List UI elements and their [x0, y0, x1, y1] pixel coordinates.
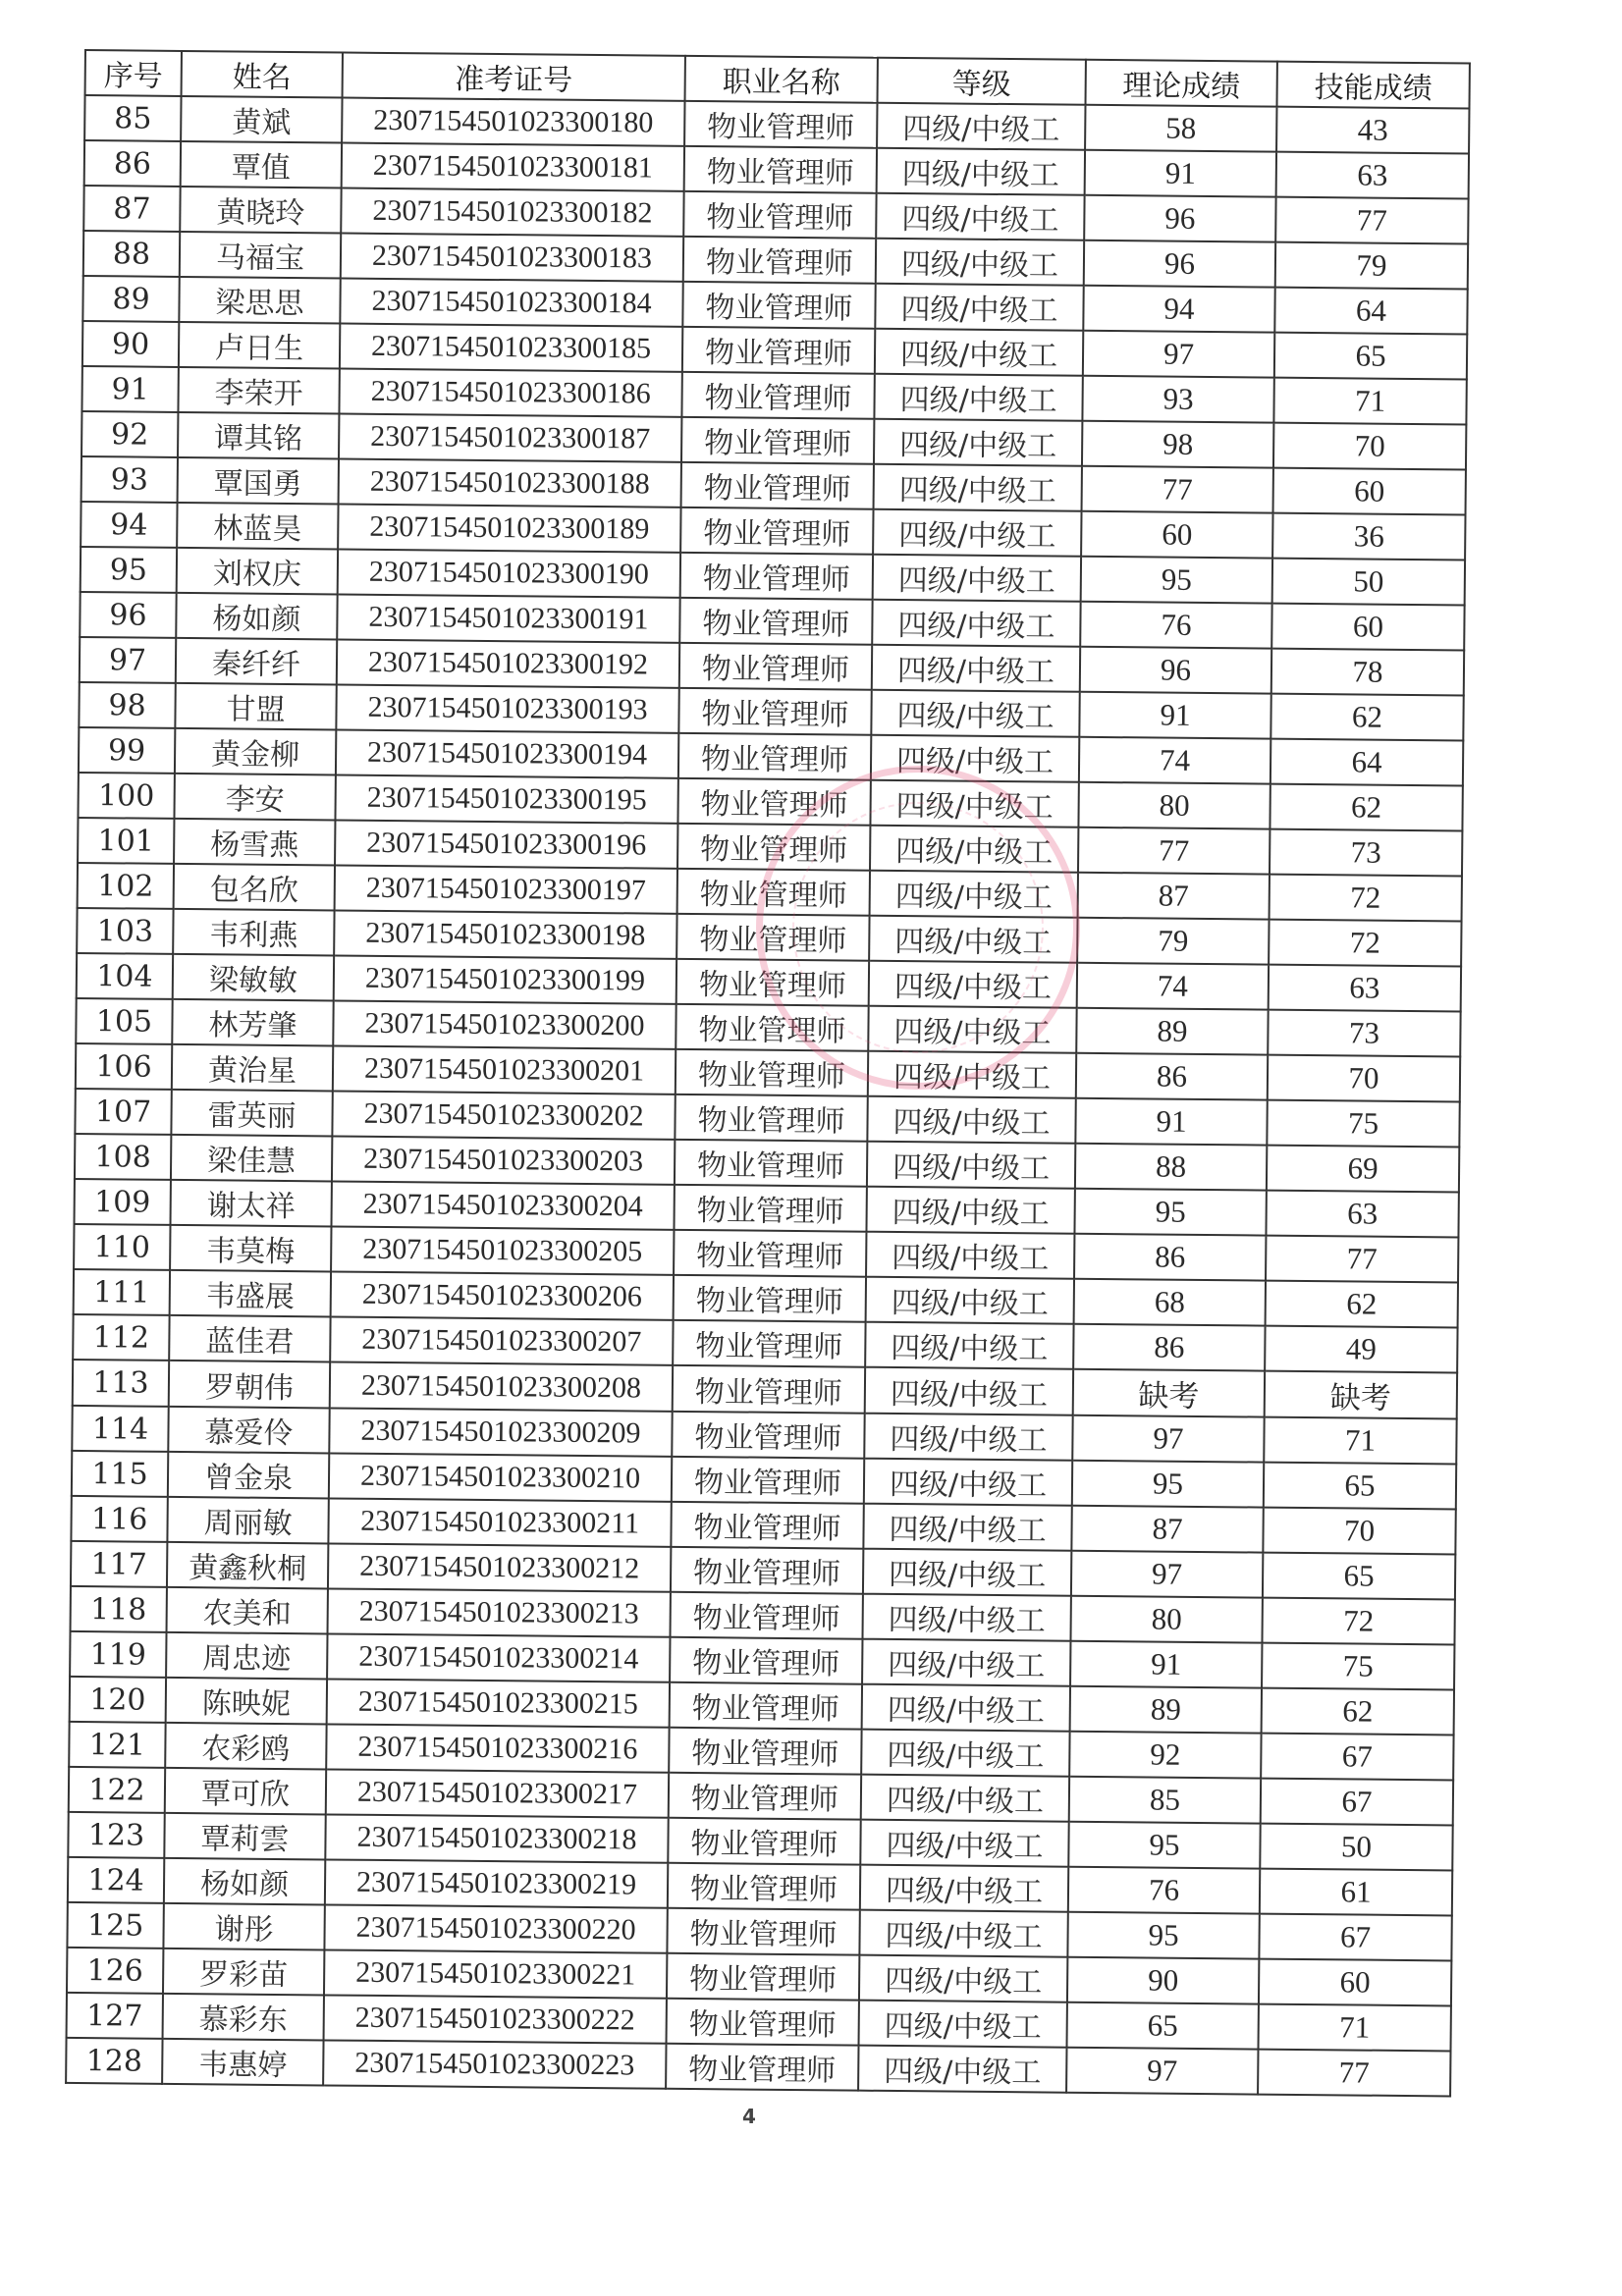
row-skill-score: 65 — [1263, 1553, 1455, 1600]
row-name: 覃国勇 — [178, 457, 339, 505]
score-table-wrapper: 序号 姓名 准考证号 职业名称 等级 理论成绩 技能成绩 85黄斌2307154… — [65, 49, 1469, 2097]
row-level: 四级/中级工 — [874, 419, 1082, 466]
row-skill-score: 50 — [1272, 559, 1465, 606]
row-level: 四级/中级工 — [860, 1820, 1068, 1867]
row-admission-ticket-number: 2307154501023300219 — [325, 1859, 668, 1907]
row-theory-score: 60 — [1081, 511, 1272, 559]
row-level: 四级/中级工 — [861, 1730, 1069, 1777]
row-level: 四级/中级工 — [876, 239, 1084, 286]
row-theory-score: 98 — [1082, 421, 1273, 468]
row-name: 秦纤纤 — [176, 638, 337, 685]
row-admission-ticket-number: 2307154501023300210 — [329, 1453, 672, 1501]
row-occupation: 物业管理师 — [666, 2044, 858, 2091]
row-occupation: 物业管理师 — [669, 1728, 861, 1775]
row-skill-score: 65 — [1264, 1463, 1456, 1510]
row-name: 谢彤 — [163, 1903, 324, 1950]
row-name: 曾金泉 — [168, 1452, 329, 1499]
row-name: 韦惠婷 — [162, 2039, 323, 2086]
row-serial-number: 119 — [70, 1631, 166, 1678]
row-level: 四级/中级工 — [864, 1414, 1072, 1461]
row-admission-ticket-number: 2307154501023300188 — [339, 459, 681, 507]
row-occupation: 物业管理师 — [680, 553, 873, 600]
row-skill-score: 63 — [1276, 152, 1469, 199]
row-serial-number: 107 — [75, 1089, 171, 1135]
row-name: 韦利燕 — [173, 909, 334, 956]
row-name: 谭其铭 — [178, 412, 339, 459]
row-admission-ticket-number: 2307154501023300212 — [328, 1543, 671, 1591]
row-name: 慕爱伶 — [168, 1407, 329, 1454]
row-name: 马福宝 — [180, 232, 341, 279]
row-theory-score: 97 — [1071, 1551, 1263, 1598]
row-name: 慕彩东 — [163, 1994, 324, 2041]
row-skill-score: 36 — [1272, 513, 1465, 561]
row-level: 四级/中级工 — [867, 1096, 1075, 1144]
row-level: 四级/中级工 — [865, 1367, 1073, 1415]
row-admission-ticket-number: 2307154501023300201 — [333, 1045, 676, 1094]
row-admission-ticket-number: 2307154501023300197 — [335, 865, 677, 913]
row-admission-ticket-number: 2307154501023300211 — [328, 1498, 671, 1546]
row-serial-number: 116 — [71, 1496, 167, 1542]
row-theory-score: 95 — [1074, 1189, 1266, 1236]
row-serial-number: 117 — [71, 1541, 167, 1587]
row-name: 黄晓玲 — [180, 187, 341, 234]
row-name: 林蓝昊 — [177, 503, 338, 550]
row-serial-number: 120 — [70, 1677, 166, 1723]
row-skill-score: 78 — [1271, 649, 1464, 696]
row-admission-ticket-number: 2307154501023300213 — [328, 1588, 671, 1636]
row-skill-score: 75 — [1267, 1100, 1459, 1148]
row-occupation: 物业管理师 — [681, 462, 874, 509]
row-admission-ticket-number: 2307154501023300195 — [335, 774, 677, 823]
row-occupation: 物业管理师 — [670, 1682, 862, 1730]
row-name: 农美和 — [167, 1587, 328, 1634]
row-occupation: 物业管理师 — [675, 1140, 867, 1187]
row-occupation: 物业管理师 — [684, 146, 877, 193]
row-level: 四级/中级工 — [871, 735, 1079, 782]
row-serial-number: 111 — [74, 1269, 170, 1315]
row-name: 农彩鸥 — [165, 1723, 326, 1770]
row-serial-number: 112 — [73, 1314, 169, 1361]
row-name: 罗朝伟 — [169, 1361, 330, 1409]
row-admission-ticket-number: 2307154501023300183 — [341, 234, 683, 282]
row-theory-score: 74 — [1079, 737, 1271, 784]
row-theory-score: 79 — [1077, 918, 1269, 965]
header-level: 等级 — [878, 58, 1086, 105]
row-occupation: 物业管理师 — [671, 1547, 863, 1594]
row-admission-ticket-number: 2307154501023300187 — [339, 414, 681, 462]
row-theory-score: 91 — [1070, 1641, 1262, 1688]
row-admission-ticket-number: 2307154501023300207 — [330, 1316, 673, 1364]
row-name: 韦盛展 — [170, 1270, 331, 1317]
row-admission-ticket-number: 2307154501023300199 — [334, 955, 676, 1003]
row-name: 包名欣 — [174, 864, 335, 911]
row-admission-ticket-number: 2307154501023300181 — [342, 143, 684, 191]
row-skill-score: 70 — [1263, 1508, 1455, 1555]
row-theory-score: 91 — [1075, 1098, 1267, 1146]
table-body: 85黄斌2307154501023300180物业管理师四级/中级工584386… — [66, 95, 1469, 2096]
row-serial-number: 100 — [78, 773, 174, 819]
row-occupation: 物业管理师 — [669, 1773, 861, 1820]
row-name: 周忠迹 — [166, 1632, 327, 1680]
row-name: 蓝佳君 — [169, 1315, 330, 1362]
row-level: 四级/中级工 — [862, 1684, 1070, 1732]
row-theory-score: 97 — [1072, 1415, 1264, 1463]
row-serial-number: 90 — [82, 321, 179, 367]
row-theory-score: 77 — [1078, 828, 1270, 875]
row-occupation: 物业管理师 — [670, 1637, 862, 1684]
row-admission-ticket-number: 2307154501023300185 — [340, 324, 682, 372]
row-name: 杨雪燕 — [174, 819, 335, 866]
row-occupation: 物业管理师 — [673, 1365, 865, 1414]
row-serial-number: 109 — [75, 1179, 171, 1225]
row-occupation: 物业管理师 — [681, 417, 874, 464]
row-theory-score: 89 — [1076, 1008, 1268, 1055]
row-serial-number: 94 — [81, 502, 177, 548]
row-level: 四级/中级工 — [874, 464, 1082, 511]
row-skill-score: 77 — [1266, 1236, 1458, 1283]
header-serial-number: 序号 — [85, 50, 182, 96]
row-theory-score: 77 — [1082, 466, 1273, 513]
row-occupation: 物业管理师 — [670, 1592, 862, 1639]
row-serial-number: 96 — [80, 592, 176, 638]
row-skill-score: 72 — [1270, 875, 1462, 922]
row-serial-number: 125 — [67, 1902, 163, 1949]
row-skill-score: 50 — [1260, 1824, 1452, 1871]
row-admission-ticket-number: 2307154501023300180 — [342, 98, 684, 146]
row-admission-ticket-number: 2307154501023300208 — [330, 1362, 673, 1411]
row-skill-score: 77 — [1275, 197, 1468, 244]
row-theory-score: 76 — [1068, 1867, 1260, 1914]
row-theory-score: 58 — [1085, 105, 1276, 152]
row-occupation: 物业管理师 — [667, 1999, 859, 2046]
row-serial-number: 103 — [77, 908, 173, 954]
row-skill-score: 62 — [1271, 694, 1463, 741]
page-number: 4 — [742, 2105, 756, 2128]
row-skill-score: 60 — [1271, 604, 1464, 651]
row-serial-number: 87 — [83, 186, 180, 232]
row-occupation: 物业管理师 — [677, 778, 870, 826]
row-level: 四级/中级工 — [859, 2001, 1067, 2048]
row-skill-score: 61 — [1260, 1869, 1452, 1916]
row-skill-score: 71 — [1273, 378, 1466, 425]
row-name: 黄金柳 — [175, 728, 336, 775]
row-theory-score: 95 — [1068, 1822, 1260, 1869]
row-serial-number: 93 — [81, 456, 178, 503]
row-admission-ticket-number: 2307154501023300191 — [337, 594, 679, 642]
row-level: 四级/中级工 — [876, 193, 1084, 240]
row-occupation: 物业管理师 — [682, 327, 875, 374]
row-skill-score: 69 — [1267, 1146, 1459, 1193]
row-serial-number: 128 — [66, 2038, 162, 2084]
row-serial-number: 114 — [72, 1406, 168, 1452]
row-level: 四级/中级工 — [865, 1322, 1073, 1369]
row-theory-score: 90 — [1067, 1957, 1259, 2004]
row-level: 四级/中级工 — [867, 1142, 1075, 1189]
row-occupation: 物业管理师 — [676, 914, 869, 961]
row-occupation: 物业管理师 — [677, 869, 870, 916]
row-serial-number: 126 — [67, 1948, 163, 1994]
row-level: 四级/中级工 — [875, 284, 1083, 331]
row-level: 四级/中级工 — [868, 1051, 1076, 1098]
row-name: 雷英丽 — [171, 1090, 332, 1137]
row-level: 四级/中级工 — [875, 329, 1083, 376]
row-level: 四级/中级工 — [872, 600, 1080, 647]
row-name: 黄治星 — [172, 1044, 333, 1092]
row-theory-score: 96 — [1080, 647, 1271, 694]
row-theory-score: 86 — [1076, 1053, 1268, 1100]
row-level: 四级/中级工 — [877, 103, 1085, 150]
row-admission-ticket-number: 2307154501023300194 — [336, 729, 678, 777]
row-theory-score: 80 — [1078, 782, 1270, 829]
row-serial-number: 127 — [67, 1993, 163, 2039]
row-skill-score: 79 — [1275, 242, 1468, 290]
row-skill-score: 67 — [1261, 1734, 1453, 1781]
row-serial-number: 89 — [82, 276, 179, 322]
row-theory-score: 88 — [1075, 1144, 1267, 1191]
row-name: 韦莫梅 — [170, 1225, 331, 1272]
row-serial-number: 118 — [71, 1586, 167, 1632]
row-theory-score: 91 — [1085, 150, 1276, 197]
row-theory-score: 95 — [1067, 1912, 1259, 1959]
row-occupation: 物业管理师 — [679, 643, 872, 690]
row-theory-score: 86 — [1073, 1324, 1265, 1371]
row-name: 甘盟 — [175, 683, 336, 730]
row-name: 谢太祥 — [171, 1180, 332, 1227]
row-serial-number: 97 — [80, 637, 176, 683]
row-occupation: 物业管理师 — [672, 1457, 864, 1504]
row-level: 四级/中级工 — [868, 1006, 1076, 1053]
row-name: 梁思思 — [179, 277, 340, 324]
row-name: 陈映妮 — [166, 1678, 327, 1725]
row-admission-ticket-number: 2307154501023300182 — [341, 188, 683, 237]
header-skill-score: 技能成绩 — [1276, 62, 1469, 109]
row-level: 四级/中级工 — [866, 1232, 1074, 1279]
row-name: 覃可欣 — [165, 1768, 326, 1815]
row-serial-number: 108 — [75, 1134, 171, 1180]
row-serial-number: 99 — [79, 727, 175, 774]
row-admission-ticket-number: 2307154501023300202 — [332, 1091, 675, 1139]
row-occupation: 物业管理师 — [682, 282, 875, 329]
row-theory-score: 89 — [1070, 1686, 1262, 1734]
row-serial-number: 88 — [83, 231, 180, 277]
row-name: 林芳肇 — [172, 999, 333, 1046]
row-theory-score: 85 — [1069, 1777, 1261, 1824]
row-skill-score: 62 — [1266, 1281, 1458, 1328]
row-name: 李荣开 — [178, 367, 339, 414]
row-admission-ticket-number: 2307154501023300216 — [326, 1724, 669, 1772]
row-admission-ticket-number: 2307154501023300193 — [336, 684, 678, 732]
row-occupation: 物业管理师 — [667, 1908, 859, 1955]
score-table: 序号 姓名 准考证号 职业名称 等级 理论成绩 技能成绩 85黄斌2307154… — [65, 49, 1471, 2097]
row-occupation: 物业管理师 — [678, 733, 871, 780]
row-theory-score: 74 — [1077, 963, 1269, 1010]
row-occupation: 物业管理师 — [674, 1230, 866, 1277]
row-admission-ticket-number: 2307154501023300223 — [323, 2040, 666, 2088]
row-admission-ticket-number: 2307154501023300205 — [331, 1226, 674, 1274]
row-occupation: 物业管理师 — [683, 237, 876, 284]
row-level: 四级/中级工 — [862, 1594, 1070, 1641]
row-occupation: 物业管理师 — [668, 1818, 860, 1865]
row-theory-score: 97 — [1083, 331, 1274, 378]
row-serial-number: 85 — [84, 95, 181, 141]
header-admission-ticket-number: 准考证号 — [343, 53, 685, 101]
row-occupation: 物业管理师 — [679, 598, 872, 645]
row-occupation: 物业管理师 — [671, 1502, 863, 1549]
row-level: 四级/中级工 — [866, 1277, 1074, 1324]
row-occupation: 物业管理师 — [680, 507, 873, 555]
row-admission-ticket-number: 2307154501023300184 — [340, 279, 682, 327]
row-serial-number: 86 — [84, 140, 181, 187]
row-name: 梁敏敏 — [173, 954, 334, 1001]
row-occupation: 物业管理师 — [668, 1863, 860, 1910]
row-theory-score: 96 — [1084, 195, 1275, 242]
row-occupation: 物业管理师 — [676, 1049, 868, 1096]
row-occupation: 物业管理师 — [667, 1953, 859, 2001]
row-skill-score: 72 — [1262, 1598, 1454, 1645]
row-admission-ticket-number: 2307154501023300186 — [339, 369, 681, 417]
row-serial-number: 98 — [79, 682, 175, 728]
row-level: 四级/中级工 — [860, 1865, 1068, 1912]
row-admission-ticket-number: 2307154501023300204 — [331, 1181, 674, 1229]
row-theory-score: 95 — [1081, 557, 1272, 604]
row-name: 刘权庆 — [177, 548, 338, 595]
row-occupation: 物业管理师 — [676, 959, 869, 1006]
row-skill-score: 60 — [1273, 468, 1466, 515]
row-occupation: 物业管理师 — [674, 1275, 866, 1322]
header-name: 姓名 — [182, 51, 343, 98]
row-skill-score: 60 — [1259, 1959, 1451, 2006]
row-occupation: 物业管理师 — [684, 101, 877, 148]
row-level: 四级/中级工 — [859, 1955, 1067, 2002]
row-theory-score: 96 — [1084, 240, 1275, 288]
row-level: 四级/中级工 — [861, 1775, 1069, 1822]
row-name: 周丽敏 — [167, 1497, 328, 1544]
row-skill-score: 缺考 — [1265, 1371, 1457, 1419]
row-admission-ticket-number: 2307154501023300220 — [324, 1904, 667, 1952]
row-admission-ticket-number: 2307154501023300209 — [329, 1408, 672, 1456]
row-theory-score: 76 — [1080, 602, 1271, 649]
row-skill-score: 73 — [1270, 829, 1462, 877]
row-serial-number: 95 — [81, 547, 177, 593]
row-name: 覃值 — [181, 141, 342, 188]
row-level: 四级/中级工 — [870, 826, 1078, 873]
row-theory-score: 95 — [1072, 1461, 1264, 1508]
row-theory-score: 93 — [1082, 376, 1273, 423]
row-skill-score: 67 — [1261, 1779, 1453, 1826]
row-level: 四级/中级工 — [863, 1504, 1071, 1551]
row-skill-score: 49 — [1265, 1326, 1457, 1373]
row-skill-score: 70 — [1268, 1055, 1460, 1102]
row-occupation: 物业管理师 — [681, 372, 874, 419]
row-theory-score: 91 — [1079, 692, 1271, 739]
row-theory-score: 92 — [1069, 1732, 1261, 1779]
row-occupation: 物业管理师 — [672, 1412, 864, 1459]
row-skill-score: 65 — [1274, 333, 1467, 380]
row-theory-score: 65 — [1067, 2002, 1259, 2050]
row-skill-score: 67 — [1259, 1914, 1451, 1961]
row-serial-number: 113 — [73, 1360, 169, 1407]
row-name: 黄斌 — [181, 96, 342, 143]
row-level: 四级/中级工 — [870, 780, 1078, 828]
row-admission-ticket-number: 2307154501023300221 — [324, 1949, 667, 1998]
row-name: 卢日生 — [179, 322, 340, 369]
row-theory-score: 86 — [1074, 1234, 1266, 1281]
row-occupation: 物业管理师 — [674, 1185, 866, 1232]
row-skill-score: 64 — [1271, 739, 1463, 786]
row-level: 四级/中级工 — [873, 509, 1081, 557]
row-skill-score: 70 — [1273, 423, 1466, 470]
row-skill-score: 77 — [1258, 2050, 1450, 2097]
header-occupation: 职业名称 — [685, 56, 878, 103]
row-admission-ticket-number: 2307154501023300192 — [337, 639, 679, 687]
row-theory-score: 87 — [1071, 1506, 1263, 1553]
row-occupation: 物业管理师 — [673, 1320, 865, 1367]
row-serial-number: 106 — [76, 1043, 172, 1090]
row-level: 四级/中级工 — [863, 1549, 1071, 1596]
row-level: 四级/中级工 — [873, 555, 1081, 602]
row-admission-ticket-number: 2307154501023300198 — [334, 910, 676, 958]
row-occupation: 物业管理师 — [683, 191, 876, 239]
row-level: 四级/中级工 — [859, 1910, 1067, 1957]
row-skill-score: 73 — [1268, 1010, 1460, 1057]
row-skill-score: 63 — [1266, 1191, 1458, 1238]
row-level: 四级/中级工 — [869, 961, 1077, 1008]
row-occupation: 物业管理师 — [677, 824, 870, 871]
row-skill-score: 62 — [1270, 784, 1462, 831]
row-admission-ticket-number: 2307154501023300217 — [326, 1769, 669, 1817]
row-skill-score: 71 — [1264, 1417, 1456, 1465]
row-admission-ticket-number: 2307154501023300196 — [335, 820, 677, 868]
row-serial-number: 91 — [81, 366, 178, 412]
row-theory-score: 97 — [1066, 2048, 1258, 2095]
row-admission-ticket-number: 2307154501023300189 — [338, 505, 680, 553]
row-name: 杨如颜 — [164, 1858, 325, 1905]
row-admission-ticket-number: 2307154501023300190 — [338, 550, 680, 598]
row-serial-number: 122 — [69, 1767, 165, 1813]
row-admission-ticket-number: 2307154501023300206 — [331, 1271, 674, 1319]
row-level: 四级/中级工 — [874, 374, 1082, 421]
row-admission-ticket-number: 2307154501023300203 — [332, 1136, 675, 1184]
row-serial-number: 105 — [76, 998, 172, 1044]
row-name: 李安 — [174, 774, 335, 821]
row-serial-number: 101 — [78, 818, 174, 864]
row-name: 杨如颜 — [176, 593, 337, 640]
row-serial-number: 110 — [74, 1224, 170, 1270]
row-skill-score: 63 — [1269, 965, 1461, 1012]
row-admission-ticket-number: 2307154501023300218 — [325, 1814, 668, 1862]
row-admission-ticket-number: 2307154501023300222 — [324, 1995, 667, 2043]
row-serial-number: 104 — [77, 953, 173, 999]
row-admission-ticket-number: 2307154501023300215 — [327, 1679, 670, 1727]
row-level: 四级/中级工 — [864, 1459, 1072, 1506]
row-serial-number: 124 — [68, 1857, 164, 1903]
row-name: 覃莉雲 — [164, 1813, 325, 1860]
row-skill-score: 72 — [1269, 920, 1461, 967]
row-level: 四级/中级工 — [871, 690, 1079, 737]
row-theory-score: 80 — [1070, 1596, 1262, 1643]
row-name: 黄鑫秋桐 — [167, 1542, 328, 1589]
row-serial-number: 115 — [72, 1451, 168, 1497]
row-level: 四级/中级工 — [862, 1639, 1070, 1686]
row-level: 四级/中级工 — [877, 148, 1085, 195]
row-serial-number: 123 — [68, 1812, 164, 1858]
row-theory-score: 94 — [1083, 286, 1274, 333]
row-theory-score: 68 — [1074, 1279, 1266, 1326]
row-level: 四级/中级工 — [869, 916, 1077, 963]
row-skill-score: 43 — [1276, 107, 1469, 154]
row-name: 罗彩苗 — [163, 1949, 324, 1996]
row-level: 四级/中级工 — [870, 871, 1078, 918]
